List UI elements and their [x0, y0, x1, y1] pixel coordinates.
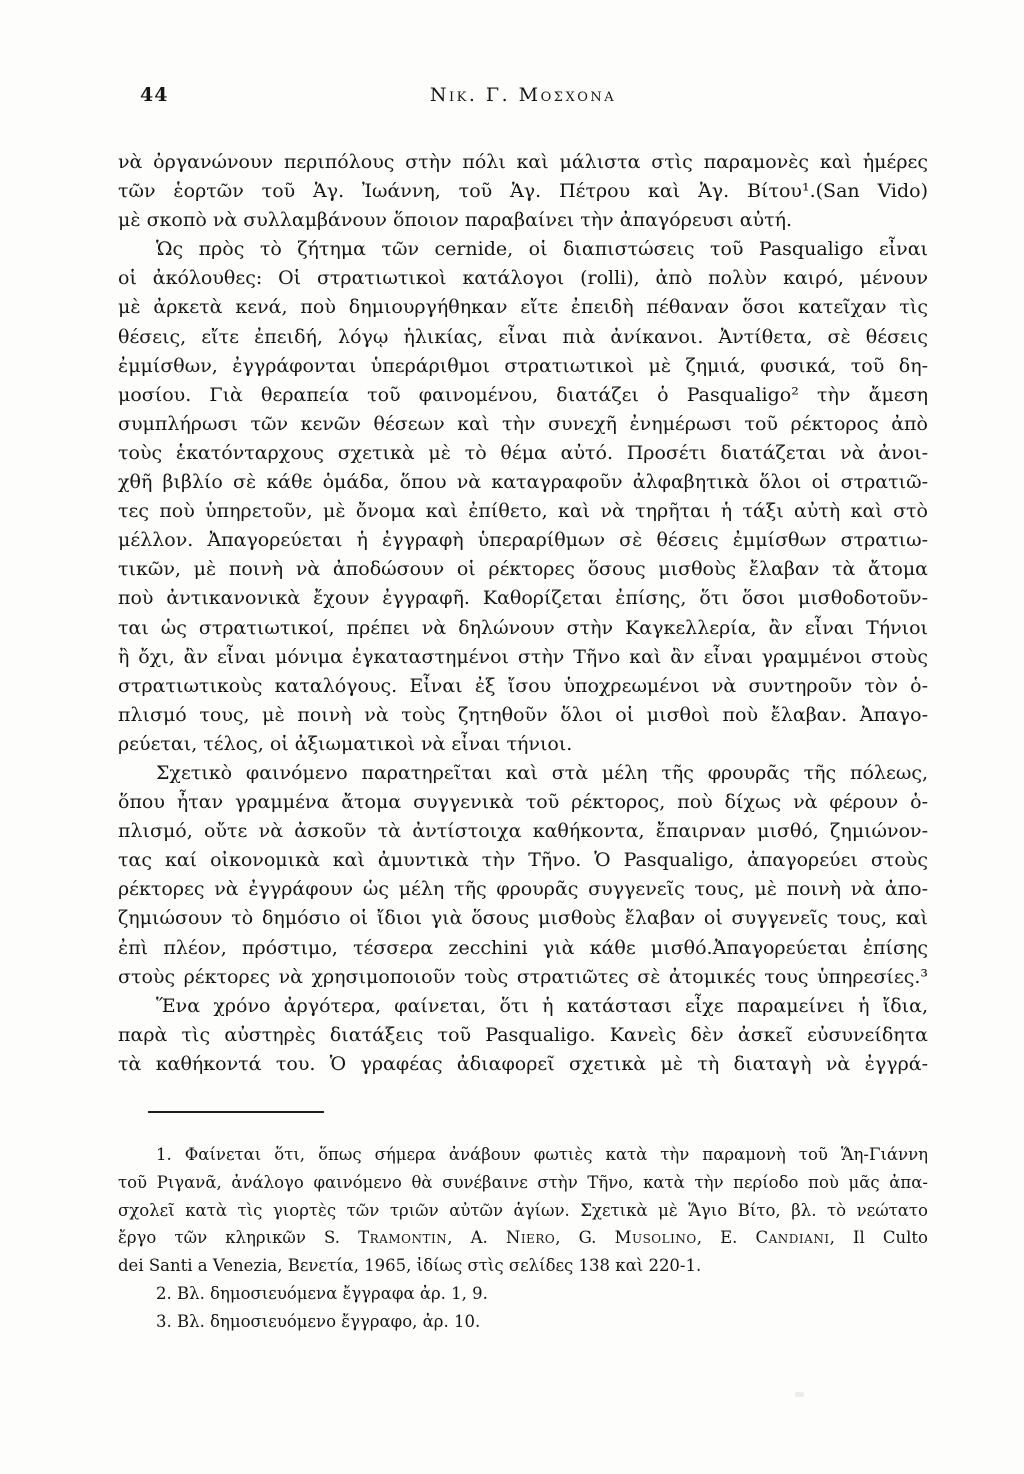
- text-line: τοὺς ἑκατόνταρχους σχετικὰ μὲ τὸ θέμα αὐ…: [118, 439, 928, 468]
- text-line: ρεύεται, τέλος, οἱ ἀξιωματικοὶ νὰ εἶναι …: [118, 730, 928, 759]
- body-text: νὰ ὀργανώνουν περιπόλους στὴν πόλι καὶ μ…: [118, 148, 928, 1079]
- text-line: στοὺς ρέκτορες νὰ χρησιμοποιοῦν τοὺς στρ…: [118, 963, 928, 992]
- text-line: μὲ ἀρκετὰ κενά, ποὺ δημιουργήθηκαν εἴτε …: [118, 293, 928, 322]
- running-title: Νικ. Γ. Μοσχονα: [118, 84, 928, 106]
- text-line: πλισμό, οὔτε νὰ ἀσκοῦν τὰ ἀντίστοιχα καθ…: [118, 817, 928, 846]
- text-line: Ὡς πρὸς τὸ ζήτημα τῶν cernide, οἱ διαπισ…: [118, 235, 928, 264]
- text-line: συμπλήρωσι τῶν κενῶν θέσεων καὶ τὴν συνε…: [118, 410, 928, 439]
- text-line: μὲ σκοπὸ νὰ συλλαμβάνουν ὅποιον παραβαίν…: [118, 206, 928, 235]
- text-line: ται ὡς στρατιωτικοί, πρέπει νὰ δηλώνουν …: [118, 614, 928, 643]
- text-line: μέλλον. Ἀπαγορεύεται ἡ ἐγγραφὴ ὑπεραρίθμ…: [118, 526, 928, 555]
- book-page: 44 Νικ. Γ. Μοσχονα νὰ ὀργανώνουν περιπόλ…: [0, 0, 1024, 1474]
- scan-speck: [795, 1392, 804, 1397]
- footnote-line: σχολεῖ κατὰ τὶς γιορτὲς τῶν τριῶν αὐτῶν …: [118, 1197, 928, 1225]
- footnote-line: τοῦ Ριγανᾶ, ἀνάλογο φαινόμενο θὰ συνέβαι…: [118, 1169, 928, 1197]
- footnote-line: 2. Βλ. δημοσιευόμενα ἔγγραφα ἀρ. 1, 9.: [118, 1280, 928, 1308]
- small-caps-author: Tramontin: [358, 1228, 447, 1247]
- footnote-line: 3. Βλ. δημοσιευόμενο ἔγγραφο, ἀρ. 10.: [118, 1308, 928, 1336]
- text-line: θέσεις, εἴτε ἐπειδή, λόγῳ ἡλικίας, εἶναι…: [118, 323, 928, 352]
- text-line: ποὺ ἀντικανονικὰ ἔχουν ἐγγραφῆ. Καθορίζε…: [118, 584, 928, 613]
- text-line: μοσίου. Γιὰ θεραπεία τοῦ φαινομένου, δια…: [118, 381, 928, 410]
- small-caps-author: Candiani: [756, 1228, 830, 1247]
- text-line: Σχετικὸ φαινόμενο παρατηρεῖται καὶ στὰ μ…: [118, 759, 928, 788]
- footnote-line: ἔργο τῶν κληρικῶν S. Tramontin, A. Niero…: [118, 1224, 928, 1252]
- text-line: στρατιωτικοὺς καταλόγους. Εἶναι ἐξ ἴσου …: [118, 672, 928, 701]
- footnote-line: dei Santi a Venezia, Βενετία, 1965, ἰδίω…: [118, 1252, 928, 1280]
- footnote-line: 1. Φαίνεται ὅτι, ὅπως σήμερα ἀνάβουν φωτ…: [118, 1141, 928, 1169]
- text-line: πλισμό τους, μὲ ποινὴ νὰ τοὺς ζητηθοῦν ὅ…: [118, 701, 928, 730]
- text-line: ἢ ὄχι, ἂν εἶναι μόνιμα ἐγκαταστημένοι στ…: [118, 643, 928, 672]
- text-line: τικῶν, μὲ ποινὴ νὰ ἀποδώσουν οἱ ρέκτορες…: [118, 555, 928, 584]
- text-line: ἐπὶ πλέον, πρόστιμο, τέσσερα zecchini γι…: [118, 934, 928, 963]
- text-line: οἱ ἀκόλουθες: Οἱ στρατιωτικοὶ κατάλογοι …: [118, 264, 928, 293]
- text-line: τας καί οἰκονομικὰ καὶ ἀμυντικὰ τὴν Τῆνο…: [118, 846, 928, 875]
- small-caps-author: Musolino: [615, 1228, 697, 1247]
- footnote-separator: [148, 1111, 324, 1113]
- page-header: 44 Νικ. Γ. Μοσχονα: [118, 84, 928, 108]
- footnotes-section: 1. Φαίνεται ὅτι, ὅπως σήμερα ἀνάβουν φωτ…: [118, 1141, 928, 1336]
- text-line: ζημιώσουν τὸ δημόσιο οἱ ἴδιοι γιὰ ὅσους …: [118, 904, 928, 933]
- text-line: τες ποὺ ὑπηρετοῦν, μὲ ὄνομα καὶ ἐπίθετο,…: [118, 497, 928, 526]
- text-line: τῶν ἑορτῶν τοῦ Ἁγ. Ἰωάννη, τοῦ Ἁγ. Πέτρο…: [118, 177, 928, 206]
- page-number: 44: [140, 84, 168, 106]
- text-line: παρὰ τὶς αὐστηρὲς διατάξεις τοῦ Pasquali…: [118, 1021, 928, 1050]
- small-caps-author: Niero: [506, 1228, 555, 1247]
- text-line: τὰ καθήκοντά του. Ὁ γραφέας ἀδιαφορεῖ σχ…: [118, 1050, 928, 1079]
- text-line: Ἕνα χρόνο ἀργότερα, φαίνεται, ὅτι ἡ κατά…: [118, 992, 928, 1021]
- text-line: ἐμμίσθων, ἐγγράφονται ὑπεράριθμοι στρατι…: [118, 352, 928, 381]
- text-line: νὰ ὀργανώνουν περιπόλους στὴν πόλι καὶ μ…: [118, 148, 928, 177]
- text-line: ρέκτορες νὰ ἐγγράφουν ὡς μέλη τῆς φρουρᾶ…: [118, 875, 928, 904]
- text-line: ὅπου ἦταν γραμμένα ἄτομα συγγενικὰ τοῦ ρ…: [118, 788, 928, 817]
- text-line: χθῆ βιβλίο σὲ κάθε ὁμάδα, ὅπου νὰ καταγρ…: [118, 468, 928, 497]
